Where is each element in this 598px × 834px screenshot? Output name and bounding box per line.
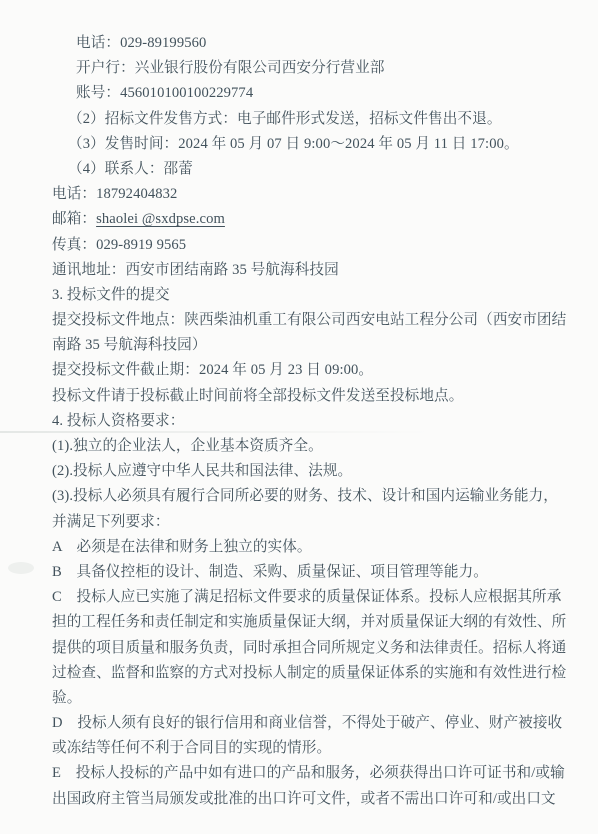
text-line: C 投标人应已实施了满足招标文件要求的质量保证体系。投标人应根据其所承 [52,585,586,610]
text-line: 并满足下列要求： [52,510,586,535]
document-body: 电话：029-89199560开户行：兴业银行股份有限公司西安分行营业部账号：4… [52,31,586,812]
text-line: （4）联系人：邵蕾 [52,157,586,182]
document-page: 电话：029-89199560开户行：兴业银行股份有限公司西安分行营业部账号：4… [0,0,598,834]
text-segment: 提交投标文件地点：陕西柴油机重工有限公司西安电站工程分公司（西安市团结 [52,312,566,328]
text-segment: 邮箱： [52,211,96,227]
text-segment: 账号：456010100100229774 [76,85,253,101]
scan-artifact-smudge [8,562,34,574]
text-segment: 通讯地址：西安市团结南路 35 号航海科技园 [52,262,339,278]
text-segment: 担的工程任务和责任制定和实施质量保证大纲，并对质量保证大纲的有效性、所 [52,614,566,630]
text-segment: 4. 投标人资格要求： [52,413,184,429]
text-line: 担的工程任务和责任制定和实施质量保证大纲，并对质量保证大纲的有效性、所 [52,610,586,635]
text-line: (2).投标人应遵守中华人民共和国法律、法规。 [52,459,586,484]
text-line: 4. 投标人资格要求： [52,409,586,434]
text-line: （2）招标文件发售方式：电子邮件形式发送，招标文件售出不退。 [52,107,586,132]
text-line: 或冻结等任何不利于合同目的实现的情形。 [52,736,586,761]
text-segment: （3）发售时间：2024 年 05 月 07 日 9:00～2024 年 05 … [68,136,519,152]
text-line: 提交投标文件截止期：2024 年 05 月 23 日 09:00。 [52,358,586,383]
text-segment: (2).投标人应遵守中华人民共和国法律、法规。 [52,463,352,479]
text-line: 提供的项目质量和服务负责，同时承担合同所规定义务和法律责任。招标人将通 [52,636,586,661]
text-segment: 或冻结等任何不利于合同目的实现的情形。 [52,740,331,756]
text-line: 开户行：兴业银行股份有限公司西安分行营业部 [52,56,586,81]
text-segment: C 投标人应已实施了满足招标文件要求的质量保证体系。投标人应根据其所承 [52,589,561,605]
text-segment: 并满足下列要求： [52,514,170,530]
text-line: 南路 35 号航海科技园） [52,333,586,358]
text-segment: 投标文件请于投标截止时间前将全部投标文件发送至投标地点。 [52,388,463,404]
text-segment: 过检查、监督和监察的方式对投标人制定的质量保证体系的实施和有效性进行检 [52,665,566,681]
text-line: B 具备仪控柜的设计、制造、采购、质量保证、项目管理等能力。 [52,560,586,585]
text-line: 邮箱：shaolei @sxdpse.com [52,207,586,232]
text-line: 3. 投标文件的提交 [52,283,586,308]
text-segment: 出国政府主管当局颁发或批准的出口许可文件，或者不需出口许可和/或出口文 [52,791,556,807]
text-line: 传真：029-8919 9565 [52,233,586,258]
text-line: D 投标人须有良好的银行信用和商业信誉，不得处于破产、停业、财产被接收 [52,711,586,736]
text-line: 投标文件请于投标截止时间前将全部投标文件发送至投标地点。 [52,384,586,409]
text-line: 通讯地址：西安市团结南路 35 号航海科技园 [52,258,586,283]
text-segment: 验。 [52,690,81,706]
text-line: 出国政府主管当局颁发或批准的出口许可文件，或者不需出口许可和/或出口文 [52,787,586,812]
text-segment: B 具备仪控柜的设计、制造、采购、质量保证、项目管理等能力。 [52,564,488,580]
text-segment: D 投标人须有良好的银行信用和商业信誉，不得处于破产、停业、财产被接收 [52,715,562,731]
text-segment: （2）招标文件发售方式：电子邮件形式发送，招标文件售出不退。 [68,111,502,127]
text-segment: 开户行：兴业银行股份有限公司西安分行营业部 [76,60,385,76]
text-line: (3).投标人必须具有履行合同所必要的财务、技术、设计和国内运输业务能力， [52,484,586,509]
text-line: A 必须是在法律和财务上独立的实体。 [52,535,586,560]
text-segment: 传真：029-8919 9565 [52,237,186,253]
text-segment: (3).投标人必须具有履行合同所必要的财务、技术、设计和国内运输业务能力， [52,488,558,504]
text-line: 账号：456010100100229774 [52,81,586,106]
text-segment: (1).独立的企业法人，企业基本资质齐全。 [52,438,323,454]
text-line: (1).独立的企业法人，企业基本资质齐全。 [52,434,586,459]
text-line: 验。 [52,686,586,711]
text-line: 电话：18792404832 [52,182,586,207]
text-segment: 电话：18792404832 [52,186,177,202]
text-line: 电话：029-89199560 [52,31,586,56]
text-segment: 南路 35 号航海科技园） [52,337,207,353]
text-line: 过检查、监督和监察的方式对投标人制定的质量保证体系的实施和有效性进行检 [52,661,586,686]
email-address-text: shaolei @sxdpse.com [96,211,225,227]
text-segment: A 必须是在法律和财务上独立的实体。 [52,539,312,555]
text-segment: 3. 投标文件的提交 [52,287,170,303]
text-segment: 提供的项目质量和服务负责，同时承担合同所规定义务和法律责任。招标人将通 [52,640,566,656]
text-segment: E 投标人投标的产品中如有进口的产品和服务，必须获得出口许可证书和/或输 [52,765,565,781]
text-segment: 电话：029-89199560 [76,35,206,51]
text-segment: （4）联系人：邵蕾 [68,161,193,177]
text-segment: 提交投标文件截止期：2024 年 05 月 23 日 09:00。 [52,362,373,378]
text-line: （3）发售时间：2024 年 05 月 07 日 9:00～2024 年 05 … [52,132,586,157]
text-line: 提交投标文件地点：陕西柴油机重工有限公司西安电站工程分公司（西安市团结 [52,308,586,333]
text-line: E 投标人投标的产品中如有进口的产品和服务，必须获得出口许可证书和/或输 [52,761,586,786]
